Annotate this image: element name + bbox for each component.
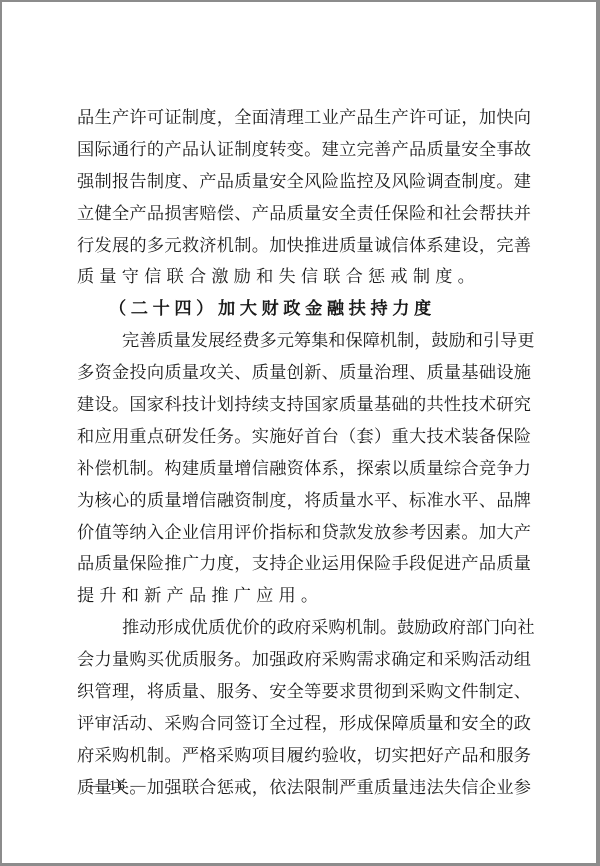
section-heading: （二十四）加大财政金融扶持力度 (77, 294, 531, 326)
text-line: 强制报告制度、产品质量安全风险监控及风险调查制度。建 (77, 167, 531, 199)
text-line: 多资金投向质量攻关、质量创新、质量治理、质量基础设施 (77, 358, 531, 390)
text-line: 品质量保险推广力度，支持企业运用保险手段促进产品质量 (77, 549, 531, 581)
text-line: 提升和新产品推广应用。 (77, 581, 531, 613)
text-line: 织管理，将质量、服务、安全等要求贯彻到采购文件制定、 (77, 677, 531, 709)
text-line: 为核心的质量增信融资制度，将质量水平、标准水平、品牌 (77, 486, 531, 518)
paragraph-first-line: 完善质量发展经费多元筹集和保障机制，鼓励和引导更 (77, 326, 531, 358)
text-line: 会力量购买优质服务。加强政府采购需求确定和采购活动组 (77, 645, 531, 677)
document-page: 品生产许可证制度，全面清理工业产品生产许可证，加快向 国际通行的产品认证制度转变… (2, 2, 596, 863)
text-line: 品生产许可证制度，全面清理工业产品生产许可证，加快向 (77, 103, 531, 135)
text-line: 评审活动、采购合同签订全过程，形成保障质量和安全的政 (77, 709, 531, 741)
text-line: 府采购机制。严格采购项目履约验收，切实把好产品和服务 (77, 741, 531, 773)
text-line: 国际通行的产品认证制度转变。建立完善产品质量安全事故 (77, 135, 531, 167)
text-line: 行发展的多元救济机制。加快推进质量诚信体系建设，完善 (77, 231, 531, 263)
text-line: 建设。国家科技计划持续支持国家质量基础的共性技术研究 (77, 390, 531, 422)
text-line: 补偿机制。构建质量增信融资体系，探索以质量综合竞争力 (77, 454, 531, 486)
text-line: 价值等纳入企业信用评价指标和贷款发放参考因素。加大产 (77, 518, 531, 550)
text-line: 质量守信联合激励和失信联合惩戒制度。 (77, 262, 531, 294)
page-number: — 16 — (88, 778, 147, 795)
text-line: 和应用重点研发任务。实施好首台（套）重大技术装备保险 (77, 422, 531, 454)
body-text: 品生产许可证制度，全面清理工业产品生产许可证，加快向 国际通行的产品认证制度转变… (77, 103, 531, 805)
paragraph-first-line: 推动形成优质优价的政府采购机制。鼓励政府部门向社 (77, 613, 531, 645)
text-line: 立健全产品损害赔偿、产品质量安全责任保险和社会帮扶并 (77, 199, 531, 231)
